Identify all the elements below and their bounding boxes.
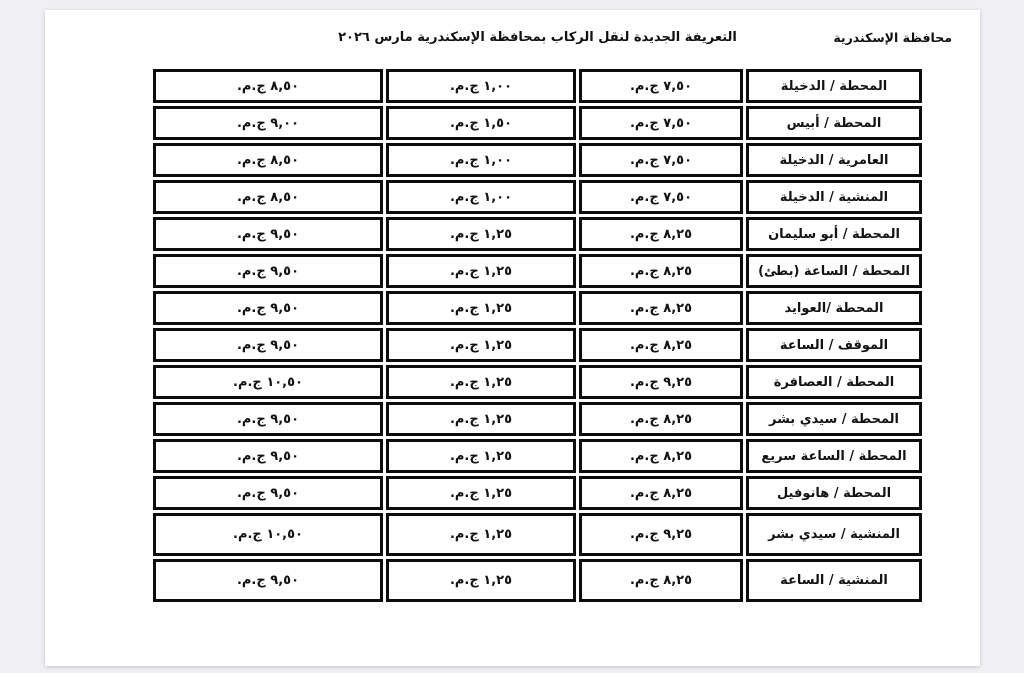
fare-cell: ١,٠٠ ج.م. <box>386 180 576 214</box>
fare-cell: ٨,٢٥ ج.م. <box>579 402 743 436</box>
route-cell: المحطة / الساعة (بطئ) <box>746 254 922 288</box>
route-cell: المحطة / هانوفيل <box>746 476 922 510</box>
fare-cell: ٨,٥٠ ج.م. <box>153 143 383 177</box>
table-row: العامرية / الدخيلة٧,٥٠ ج.م.١,٠٠ ج.م.٨,٥٠… <box>153 143 922 177</box>
fare-cell: ١,٢٥ ج.م. <box>386 439 576 473</box>
route-cell: العامرية / الدخيلة <box>746 143 922 177</box>
fare-cell: ٧,٥٠ ج.م. <box>579 106 743 140</box>
route-cell: الموقف / الساعة <box>746 328 922 362</box>
route-cell: المحطة / أبيس <box>746 106 922 140</box>
table-row: المحطة /العوايد٨,٢٥ ج.م.١,٢٥ ج.م.٩,٥٠ ج.… <box>153 291 922 325</box>
route-cell: المحطة / الساعة سريع <box>746 439 922 473</box>
table-row: المنشية / سيدي بشر٩,٢٥ ج.م.١,٢٥ ج.م.١٠,٥… <box>153 513 922 556</box>
fare-table: المحطة / الدخيلة٧,٥٠ ج.م.١,٠٠ ج.م.٨,٥٠ ج… <box>150 66 925 605</box>
fare-cell: ٨,٢٥ ج.م. <box>579 328 743 362</box>
route-cell: المحطة / الدخيلة <box>746 69 922 103</box>
table-row: المحطة / العصافرة٩,٢٥ ج.م.١,٢٥ ج.م.١٠,٥٠… <box>153 365 922 399</box>
fare-cell: ٩,٠٠ ج.م. <box>153 106 383 140</box>
fare-cell: ٨,٢٥ ج.م. <box>579 439 743 473</box>
fare-table-body: المحطة / الدخيلة٧,٥٠ ج.م.١,٠٠ ج.م.٨,٥٠ ج… <box>153 69 922 602</box>
fare-cell: ١,٢٥ ج.م. <box>386 476 576 510</box>
table-row: المنشية / الساعة٨,٢٥ ج.م.١,٢٥ ج.م.٩,٥٠ ج… <box>153 559 922 602</box>
route-cell: المنشية / الساعة <box>746 559 922 602</box>
fare-cell: ٩,٥٠ ج.م. <box>153 254 383 288</box>
fare-cell: ٨,٢٥ ج.م. <box>579 217 743 251</box>
route-cell: المحطة /العوايد <box>746 291 922 325</box>
fare-cell: ١,٥٠ ج.م. <box>386 106 576 140</box>
table-row: المنشية / الدخيلة٧,٥٠ ج.م.١,٠٠ ج.م.٨,٥٠ … <box>153 180 922 214</box>
fare-cell: ٩,٥٠ ج.م. <box>153 328 383 362</box>
table-row: الموقف / الساعة٨,٢٥ ج.م.١,٢٥ ج.م.٩,٥٠ ج.… <box>153 328 922 362</box>
fare-cell: ٩,٥٠ ج.م. <box>153 217 383 251</box>
table-row: المحطة / الساعة (بطئ)٨,٢٥ ج.م.١,٢٥ ج.م.٩… <box>153 254 922 288</box>
table-row: المحطة / أبيس٧,٥٠ ج.م.١,٥٠ ج.م.٩,٠٠ ج.م. <box>153 106 922 140</box>
fare-cell: ١٠,٥٠ ج.م. <box>153 365 383 399</box>
fare-cell: ١,٠٠ ج.م. <box>386 69 576 103</box>
table-row: المحطة / أبو سليمان٨,٢٥ ج.م.١,٢٥ ج.م.٩,٥… <box>153 217 922 251</box>
fare-cell: ٩,٥٠ ج.م. <box>153 476 383 510</box>
fare-cell: ٨,٥٠ ج.م. <box>153 69 383 103</box>
fare-cell: ٩,٥٠ ج.م. <box>153 559 383 602</box>
fare-cell: ٧,٥٠ ج.م. <box>579 180 743 214</box>
fare-cell: ١,٢٥ ج.م. <box>386 328 576 362</box>
route-cell: المحطة / العصافرة <box>746 365 922 399</box>
fare-cell: ٨,٥٠ ج.م. <box>153 180 383 214</box>
fare-cell: ٧,٥٠ ج.م. <box>579 143 743 177</box>
page-title: التعريفة الجديدة لنقل الركاب بمحافظة الإ… <box>150 30 925 45</box>
fare-cell: ٩,٥٠ ج.م. <box>153 439 383 473</box>
route-cell: المحطة / سيدي بشر <box>746 402 922 436</box>
route-cell: المنشية / الدخيلة <box>746 180 922 214</box>
fare-cell: ٩,٥٠ ج.م. <box>153 402 383 436</box>
route-cell: المنشية / سيدي بشر <box>746 513 922 556</box>
fare-cell: ١,٢٥ ج.م. <box>386 559 576 602</box>
table-row: المحطة / هانوفيل٨,٢٥ ج.م.١,٢٥ ج.م.٩,٥٠ ج… <box>153 476 922 510</box>
screenshot-canvas: محافظة الإسكندرية التعريفة الجديدة لنقل … <box>0 0 1024 673</box>
table-row: المحطة / الدخيلة٧,٥٠ ج.م.١,٠٠ ج.م.٨,٥٠ ج… <box>153 69 922 103</box>
route-cell: المحطة / أبو سليمان <box>746 217 922 251</box>
table-row: المحطة / سيدي بشر٨,٢٥ ج.م.١,٢٥ ج.م.٩,٥٠ … <box>153 402 922 436</box>
fare-cell: ١,٢٥ ج.م. <box>386 402 576 436</box>
fare-cell: ١,٢٥ ج.م. <box>386 217 576 251</box>
fare-cell: ١,٢٥ ج.م. <box>386 254 576 288</box>
fare-cell: ٨,٢٥ ج.م. <box>579 559 743 602</box>
table-row: المحطة / الساعة سريع٨,٢٥ ج.م.١,٢٥ ج.م.٩,… <box>153 439 922 473</box>
fare-cell: ٨,٢٥ ج.م. <box>579 291 743 325</box>
document-page: محافظة الإسكندرية التعريفة الجديدة لنقل … <box>45 10 980 666</box>
fare-cell: ١,٠٠ ج.م. <box>386 143 576 177</box>
fare-cell: ١,٢٥ ج.م. <box>386 513 576 556</box>
fare-cell: ١,٢٥ ج.م. <box>386 291 576 325</box>
fare-cell: ٧,٥٠ ج.م. <box>579 69 743 103</box>
fare-cell: ١٠,٥٠ ج.م. <box>153 513 383 556</box>
fare-cell: ١,٢٥ ج.م. <box>386 365 576 399</box>
fare-cell: ٩,٢٥ ج.م. <box>579 513 743 556</box>
fare-cell: ٩,٥٠ ج.م. <box>153 291 383 325</box>
fare-cell: ٩,٢٥ ج.م. <box>579 365 743 399</box>
fare-cell: ٨,٢٥ ج.م. <box>579 476 743 510</box>
fare-cell: ٨,٢٥ ج.م. <box>579 254 743 288</box>
